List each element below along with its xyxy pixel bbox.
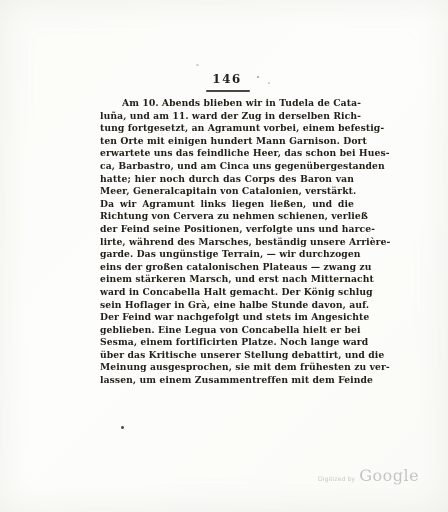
page-number: 146: [212, 72, 242, 86]
text-line: ca, Barbastro, und am Cinca uns gegenübe…: [100, 161, 354, 174]
text-line: garde. Das ungünstige Terrain, — wir dur…: [100, 249, 354, 262]
body-text-block: Am 10. Abends blieben wir in Tudela de C…: [100, 98, 354, 388]
scan-speck: [268, 82, 270, 84]
text-line: Da wir Agramunt links liegen ließen, und…: [100, 199, 354, 212]
text-line: sein Hoflager in Grà, eine halbe Stunde …: [100, 300, 354, 313]
text-line: einem stärkeren Marsch, und erst nach Mi…: [100, 274, 354, 287]
text-line: der Feind seine Positionen, verfolgte un…: [100, 224, 354, 237]
scan-speck: [131, 101, 133, 104]
text-line: Meinung ausgesprochen, sie mit dem frühe…: [100, 362, 354, 375]
text-line: über das Kritische unserer Stellung deba…: [100, 350, 354, 363]
page-header: 146: [0, 68, 448, 92]
text-line: Richtung von Cervera zu nehmen schienen,…: [100, 211, 354, 224]
text-line: luña, und am 11. ward der Zug in derselb…: [100, 111, 354, 124]
text-line: geblieben. Eine Legua von Concabella hie…: [100, 325, 354, 338]
text-line: lirte, während des Marsches, beständig u…: [100, 237, 354, 250]
text-line: hatte; hier noch durch das Corps des Bar…: [100, 174, 354, 187]
text-line: Sesma, einem fortificirten Platze. Noch …: [100, 337, 354, 350]
text-line: lassen, um einem Zusammentreffen mit dem…: [100, 375, 354, 388]
scan-speck: [257, 76, 259, 78]
text-line: Der Feind war nachgefolgt und stets im A…: [100, 312, 354, 325]
digitized-by-google-watermark: Digitized by Google: [318, 466, 419, 485]
scan-speck: [196, 64, 199, 66]
scanned-book-page: 146 Am 10. Abends blieben wir in Tudela …: [0, 0, 448, 512]
text-line: ward in Concabella Halt gemacht. Der Kön…: [100, 287, 354, 300]
page-number-rule: [206, 90, 250, 92]
text-line: Am 10. Abends blieben wir in Tudela de C…: [100, 98, 354, 111]
google-logo-text: Google: [359, 466, 419, 485]
text-line: tung fortgesetzt, an Agramunt vorbei, ei…: [100, 123, 354, 136]
text-line: erwartete uns das feindliche Heer, das s…: [100, 148, 354, 161]
text-line: Meer, Generalcapitain von Catalonien, ve…: [100, 186, 354, 199]
text-line: ten Orte mit einigen hundert Mann Garnis…: [100, 136, 354, 149]
watermark-prefix-text: Digitized by: [318, 476, 355, 483]
text-line: eins der großen catalonischen Plateaus —…: [100, 262, 354, 275]
scan-speck: [121, 426, 124, 429]
